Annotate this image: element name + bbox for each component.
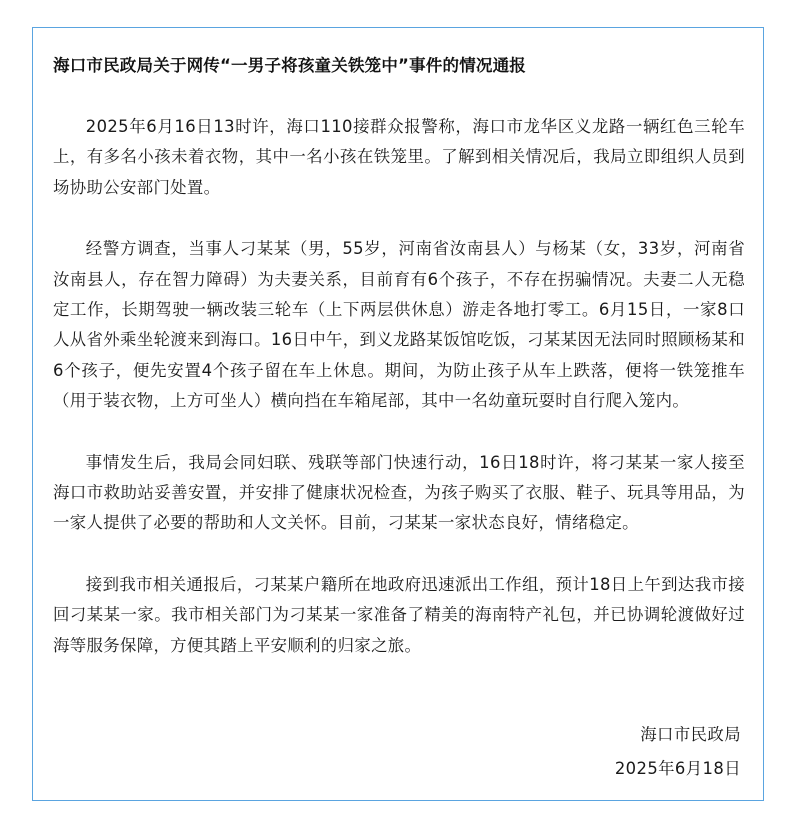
signature-organization: 海口市民政局 <box>640 721 741 745</box>
paragraph-police-investigation: 经警方调查，当事人刁某某（男，55岁，河南省汝南县人）与杨某（女，33岁，河南省… <box>53 234 745 416</box>
notice-document: 海口市民政局关于网传“一男子将孩童关铁笼中”事件的情况通报 2025年6月16日… <box>32 27 764 801</box>
signature-date: 2025年6月18日 <box>615 755 741 779</box>
document-title: 海口市民政局关于网传“一男子将孩童关铁笼中”事件的情况通报 <box>53 52 526 76</box>
paragraph-response-actions: 事情发生后，我局会同妇联、残联等部门快速行动，16日18时许，将刁某某一家人接至… <box>53 448 745 539</box>
paragraph-return-arrangements: 接到我市相关通报后，刁某某户籍所在地政府迅速派出工作组，预计18日上午到达我市接… <box>53 570 745 661</box>
document-body: 2025年6月16日13时许，海口110接群众报警称，海口市龙华区义龙路一辆红色… <box>53 112 745 692</box>
paragraph-incident-report: 2025年6月16日13时许，海口110接群众报警称，海口市龙华区义龙路一辆红色… <box>53 112 745 203</box>
